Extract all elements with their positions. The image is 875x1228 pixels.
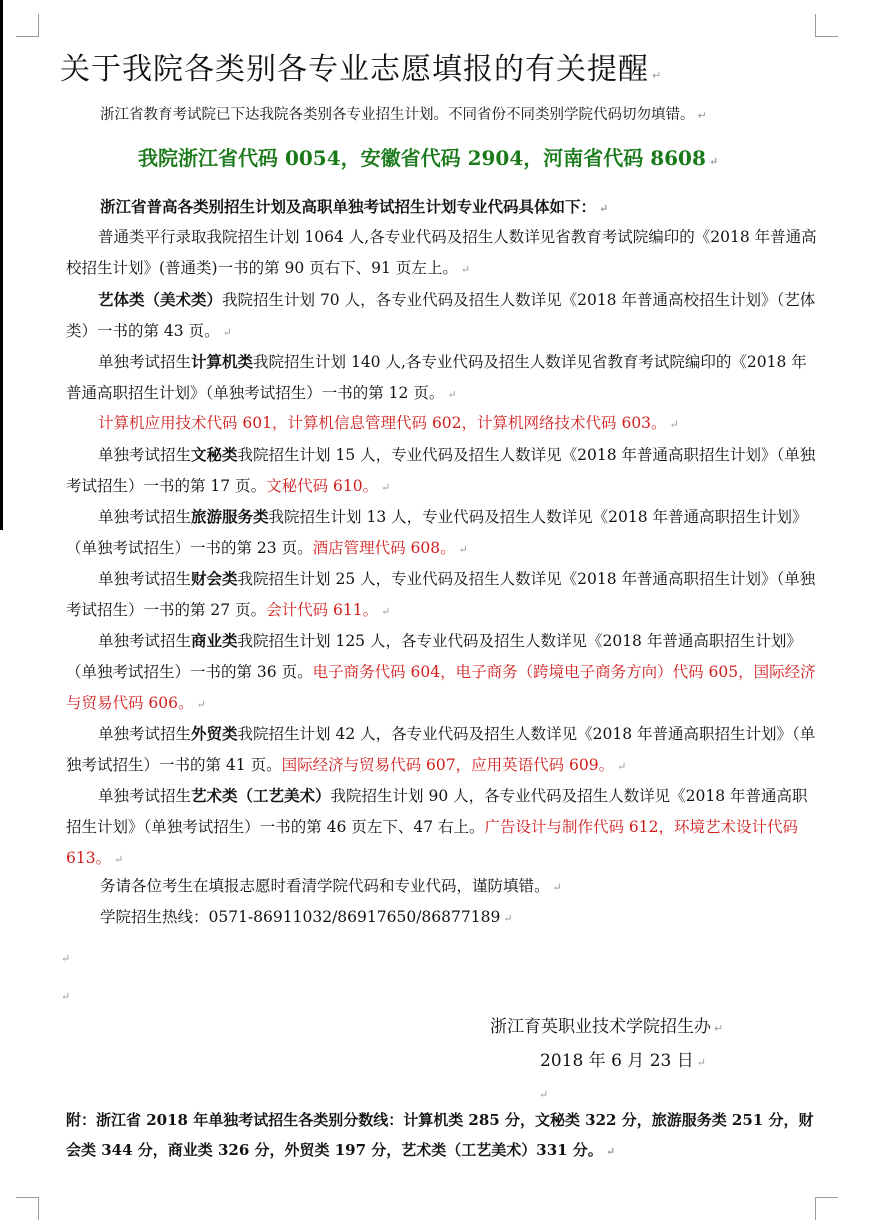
paragraph-accounting: 单独考试招生财会类我院招生计划 25 人，专业代码及招生人数详见《2018 年普… bbox=[66, 563, 818, 627]
crop-mark-top-right bbox=[815, 14, 838, 37]
section-heading: 浙江省普高各类别招生计划及高职单独考试招生计划专业代码具体如下：↵ bbox=[100, 191, 830, 224]
crop-mark-bottom-left bbox=[16, 1197, 39, 1220]
crop-mark-bottom-right bbox=[815, 1197, 838, 1220]
paragraph-tourism: 单独考试招生旅游服务类我院招生计划 13 人，专业代码及招生人数详见《2018 … bbox=[66, 501, 818, 565]
document-title: 关于我院各类别各专业志愿填报的有关提醒↵ bbox=[60, 44, 760, 88]
institution-codes: 我院浙江省代码 0054，安徽省代码 2904，河南省代码 8608↵ bbox=[138, 143, 838, 177]
empty-paragraph: ↵ bbox=[58, 942, 98, 974]
reminder-text: 务请各位考生在填报志愿时看清学院代码和专业代码，谨防填错。↵ bbox=[100, 871, 830, 903]
paragraph-computer: 单独考试招生计算机类我院招生计划 140 人,各专业代码及招生人数详见省教育考试… bbox=[66, 346, 818, 410]
paragraph-foreign-trade: 单独考试招生外贸类我院招生计划 42 人，各专业代码及招生人数详见《2018 年… bbox=[66, 718, 818, 782]
left-margin-rule bbox=[0, 0, 3, 530]
signature-organization: 浙江育英职业技术学院招生办↵ bbox=[490, 1012, 723, 1037]
hotline-text: 学院招生热线：0571-86911032/86917650/86877189↵ bbox=[100, 902, 830, 934]
paragraph-art-crafts: 单独考试招生艺术类（工艺美术）我院招生计划 90 人，各专业代码及招生人数详见《… bbox=[66, 780, 818, 875]
paragraph-general: 普通类平行录取我院招生计划 1064 人,各专业代码及招生人数详见省教育考试院编… bbox=[66, 222, 818, 285]
paragraph-secretarial: 单独考试招生文秘类我院招生计划 15 人，专业代码及招生人数详见《2018 年普… bbox=[66, 439, 818, 503]
signature-date: 2018 年 6 月 23 日↵ bbox=[540, 1046, 706, 1071]
empty-paragraph: ↵ bbox=[58, 980, 98, 1012]
paragraph-arts-sports: 艺体类（美术类）我院招生计划 70 人，各专业代码及招生人数详见《2018 年普… bbox=[66, 284, 818, 348]
paragraph-computer-codes: 计算机应用技术代码 601，计算机信息管理代码 602，计算机网络技术代码 60… bbox=[66, 408, 818, 440]
paragraph-commerce: 单独考试招生商业类我院招生计划 125 人，各专业代码及招生人数详见《2018 … bbox=[66, 625, 818, 720]
intro-paragraph: 浙江省教育考试院已下达我院各类别各专业招生计划。不同省份不同类别学院代码切勿填错… bbox=[100, 100, 830, 131]
footer-score-note: 附：浙江省 2018 年单独考试招生各类别分数线：计算机类 285 分，文秘类 … bbox=[66, 1105, 826, 1167]
crop-mark-top-left bbox=[16, 14, 39, 37]
